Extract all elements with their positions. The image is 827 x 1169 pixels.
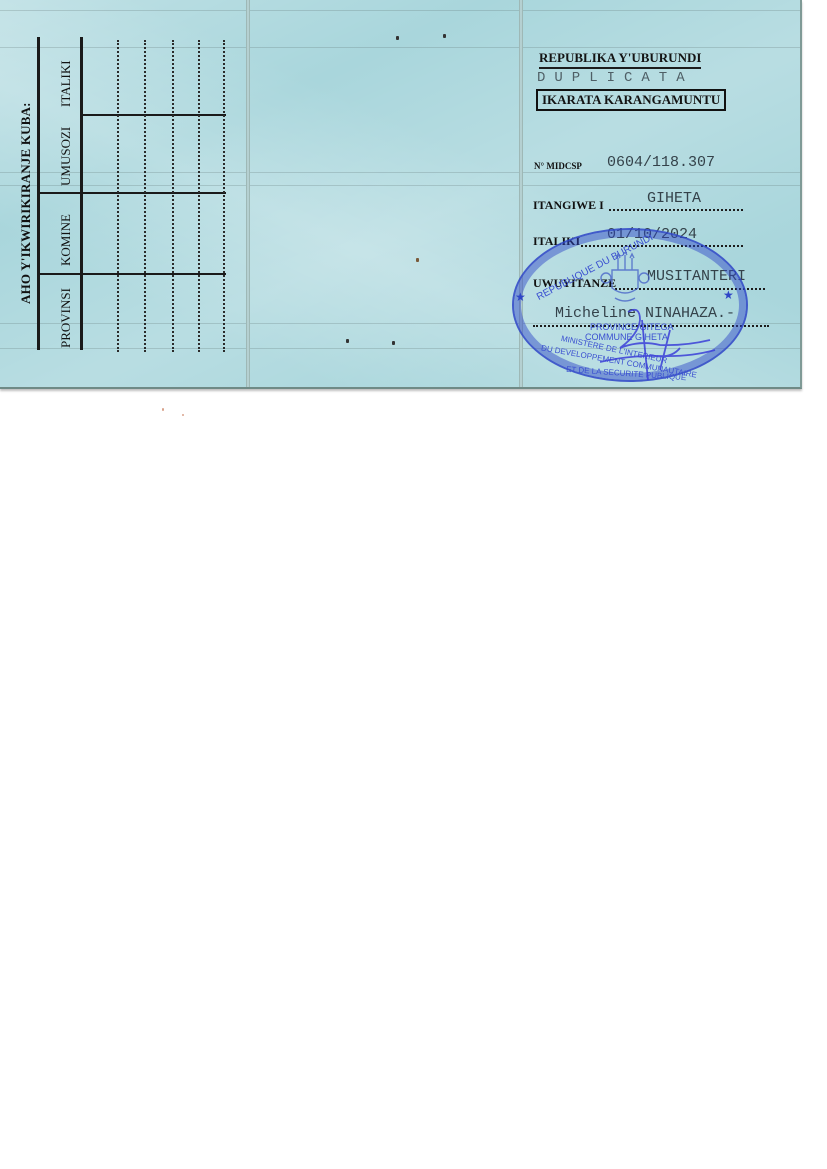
star-icon: ★ <box>515 290 526 305</box>
signature <box>600 300 720 385</box>
table-divider <box>80 114 226 116</box>
stain-spot <box>416 258 419 262</box>
column-header-komine: KOMINE <box>58 214 74 266</box>
staple-hole <box>396 36 399 40</box>
entry-row-dotted <box>117 40 119 352</box>
column-header-provinsi: PROVINSI <box>58 288 74 348</box>
entry-row-dotted <box>198 40 200 352</box>
dotted-line <box>609 209 743 211</box>
duplicata-mark: DUPLICATA <box>537 70 737 86</box>
staple-hole <box>346 339 349 343</box>
country-heading: REPUBLIKA Y'UBURUNDI <box>539 50 701 69</box>
coat-of-arms-icon <box>600 252 650 307</box>
entry-row-dotted <box>144 40 146 352</box>
residence-history-panel: AHO Y'IKWIRIKIRANJE KUBA: PROVINSI KOMIN… <box>0 0 246 387</box>
issued-at-value: GIHETA <box>647 190 701 207</box>
column-header-italiki: ITALIKI <box>58 60 74 107</box>
star-icon: ★ <box>723 288 734 303</box>
card-title: IKARATA KARANGAMUNTU <box>536 89 726 111</box>
entry-row-dotted <box>223 40 225 352</box>
staple-hole <box>392 341 395 345</box>
issued-at-label: ITANGIWE I <box>533 198 604 213</box>
staple-hole <box>443 34 446 38</box>
scan-artifact <box>162 408 164 411</box>
residence-table-title: AHO Y'IKWIRIKIRANJE KUBA: <box>18 4 48 304</box>
column-header-umusozi: UMUSOZI <box>58 127 74 186</box>
entry-row-dotted <box>172 40 174 352</box>
midcsp-label: N° MIDCSP <box>534 161 582 171</box>
midcsp-value: 0604/118.307 <box>607 154 715 171</box>
card-fold <box>246 0 250 387</box>
scan-artifact <box>182 414 184 416</box>
